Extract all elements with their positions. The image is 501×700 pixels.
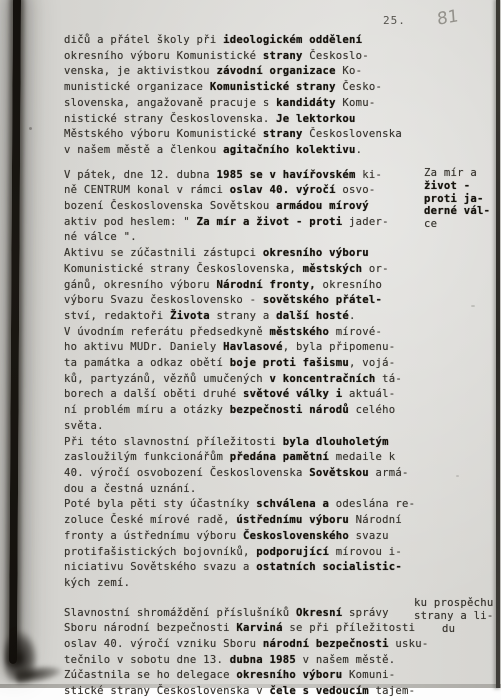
photocopy-speck bbox=[471, 305, 475, 307]
handwritten-mark: 81 bbox=[436, 6, 459, 30]
margin-note-party-benefit: ku prospěchustrany a li-du bbox=[414, 597, 500, 635]
paragraph-continued-from-previous-page: dičů a přátel školy při ideologickém odd… bbox=[64, 33, 436, 159]
paragraph-rally-details: Aktivu se zúčastnili zástupci okresního … bbox=[64, 246, 436, 591]
page-number: 25. bbox=[383, 14, 406, 27]
paragraph-snb-assembly: Slavnostní shromáždění příslušníků Okres… bbox=[64, 606, 436, 700]
margin-note-peace-slogan: Za mír aživot -proti ja-derné vál-ce bbox=[424, 167, 498, 231]
photocopy-speck bbox=[456, 475, 459, 477]
body-text-column: dičů a přátel školy při ideologickém odd… bbox=[64, 33, 436, 700]
scan-right-edge bbox=[496, 0, 500, 688]
photocopy-speck bbox=[29, 127, 32, 130]
scanned-document-page: { "page": { "number": "25.", "handwritte… bbox=[0, 0, 501, 700]
paragraph-peace-rally: V pátek, dne 12. dubna 1985 se v havířov… bbox=[64, 168, 436, 247]
